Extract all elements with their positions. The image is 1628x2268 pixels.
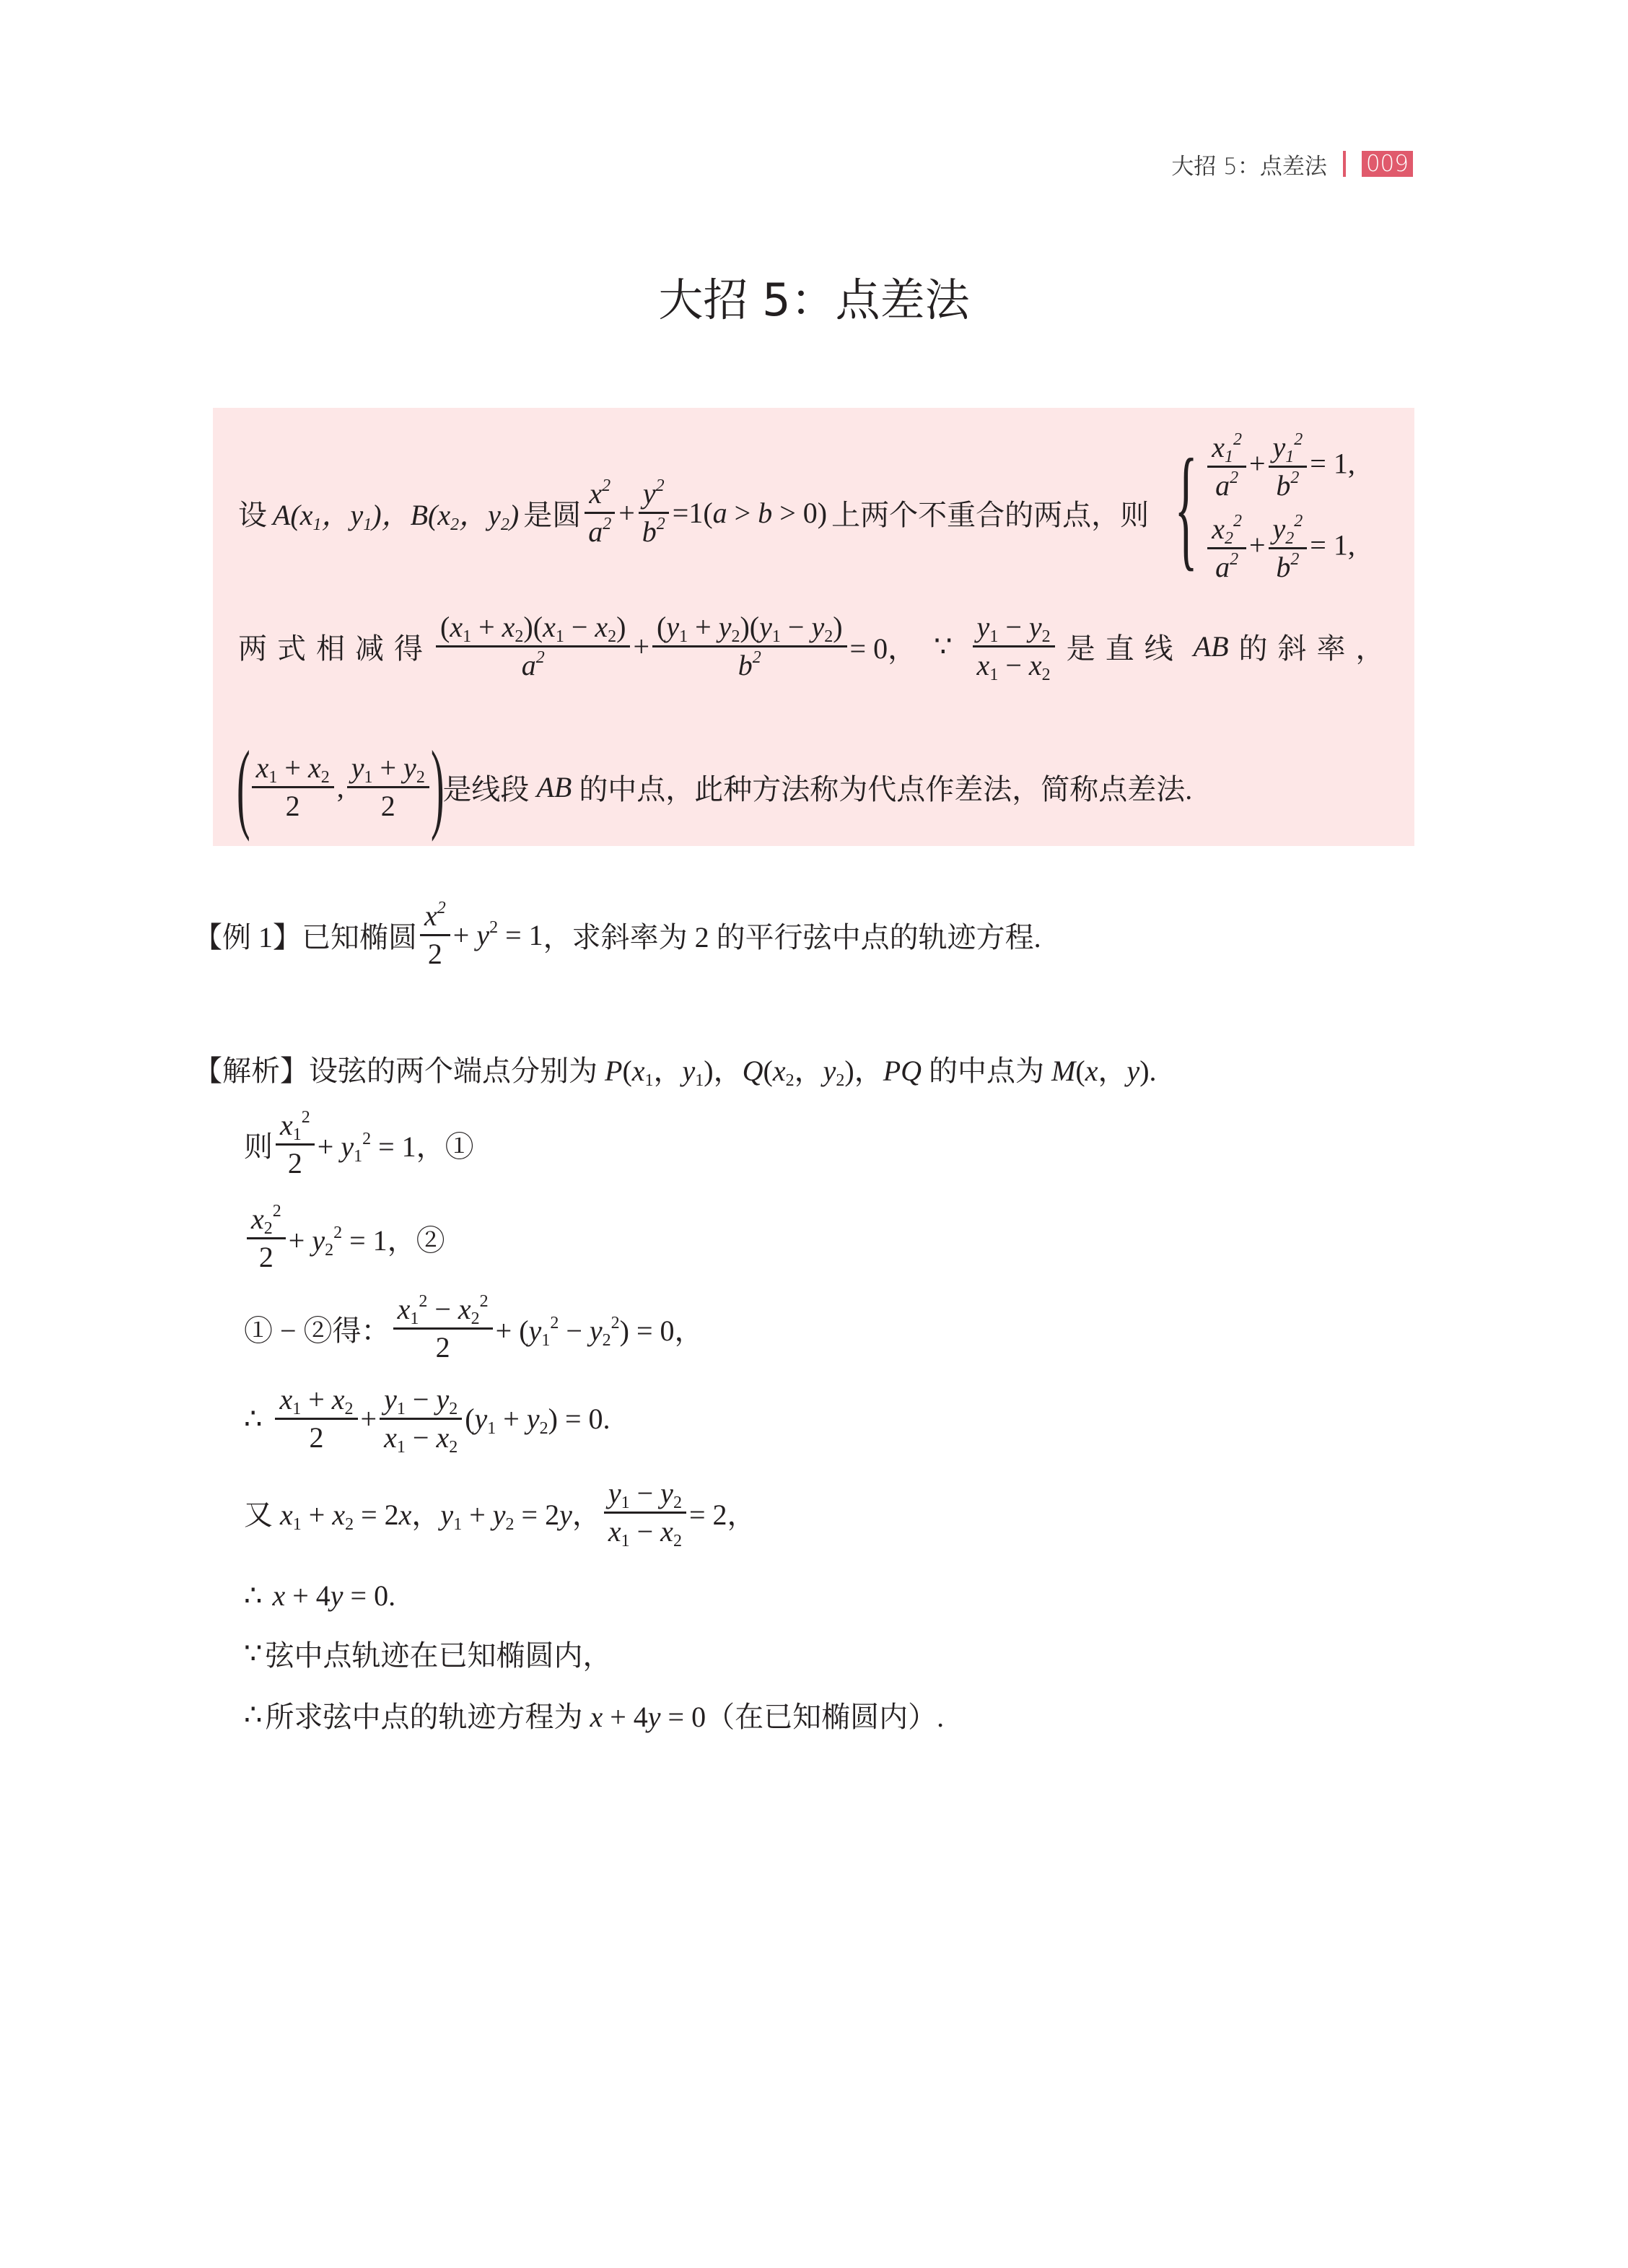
system-equation-2: x22a2+y22b2= 1,	[1204, 514, 1355, 583]
text: 已知椭圆	[302, 915, 417, 956]
text: 则	[244, 1124, 273, 1165]
system-equation-1: x12a2+y12b2= 1,	[1204, 432, 1355, 501]
solution-label: 【解析】	[193, 1048, 309, 1089]
page-title: 大招 5：点差法	[0, 264, 1628, 328]
fraction: (x1 + x2)(x1 − x2)a2	[436, 612, 630, 681]
text: 的中点，此种方法称为代点作差法，简称点差法.	[579, 767, 1192, 808]
solution-step-8: ∴ 所求弦中点的轨迹方程为 x + 4y = 0（在已知椭圆内）.	[244, 1693, 944, 1736]
equation: + y2 = 1	[453, 918, 543, 952]
segment-label: AB	[1194, 629, 1229, 663]
solution-step-2: x222 + y22 = 1，②	[244, 1198, 445, 1278]
solution-step-5: 又 x1 + x2 = 2x，y1 + y2 = 2y， y1 − y2x1 −…	[244, 1473, 756, 1552]
solution-step-7: ∵ 弦中点轨迹在已知椭圆内，	[244, 1631, 611, 1675]
running-header: 大招 5：点差法 009	[1171, 148, 1413, 180]
example-label: 【例 1】	[193, 915, 302, 956]
text: ，求斜率为 2 的平行弦中点的轨迹方程.	[543, 915, 1041, 956]
fraction: x1 + x22	[252, 753, 334, 821]
definition-line-2: 两式相减得 (x1 + x2)(x1 − x2)a2 + (y1 + y2)(y…	[238, 606, 1395, 686]
solution-step-4: ∴ x1 + x22 + y1 − y2x1 − x2 (y1 + y2) = …	[244, 1379, 610, 1458]
solution-step-3: ① − ②得： x12 − x222 + (y12 − y22) = 0，	[244, 1288, 704, 1368]
because-symbol: ∵	[934, 629, 952, 663]
solution-step-6: ∴ x + 4y = 0.	[244, 1574, 395, 1617]
therefore-symbol: ∴	[244, 1698, 262, 1732]
text: 两式相减得	[238, 626, 433, 667]
fraction: x2a2	[584, 479, 616, 547]
left-paren: (	[237, 736, 250, 837]
solution-intro: 【解析】 设弦的两个端点分别为 P(x1，y1)，Q(x2，y2)，PQ 的中点…	[193, 1047, 1157, 1090]
text: 所求弦中点的轨迹方程为 x + 4y = 0（在已知椭圆内）.	[265, 1694, 944, 1735]
header-divider	[1343, 151, 1346, 177]
text: 又	[244, 1492, 273, 1533]
because-symbol: ∵	[244, 1636, 262, 1670]
segment-label: AB	[536, 770, 572, 804]
equation-system: { x12a2+y12b2= 1, x22a2+y22b2= 1,	[1168, 421, 1355, 594]
solution-step-1: 则 x122 + y12 = 1，①	[244, 1104, 474, 1184]
therefore-symbol: ∴	[244, 1402, 262, 1436]
example-1: 【例 1】 已知椭圆 x22 + y2 = 1 ，求斜率为 2 的平行弦中点的轨…	[193, 895, 1041, 974]
text: 设弦的两个端点分别为 P(x1，y1)，Q(x2，y2)，PQ 的中点为 M(x…	[309, 1048, 1157, 1089]
text: 弦中点轨迹在已知椭圆内，	[265, 1633, 611, 1674]
equation-rest: =1(a > b > 0)	[673, 496, 827, 530]
text: 是线段	[442, 767, 529, 808]
slope-fraction: y1 − y2x1 − x2	[973, 612, 1055, 681]
fraction: (y1 + y2)(y1 − y2)b2	[652, 612, 846, 681]
text: 是圆	[523, 492, 581, 533]
definition-line-3: ( x1 + x22 , y1 + y22 ) 是线段 AB 的中点，此种方法称…	[238, 743, 1192, 830]
fraction: x22	[420, 901, 450, 969]
definition-line-1: 设 A(x1，y1)， B(x2，y2) 是圆 x2a2 + y2b2 =1(a…	[238, 469, 1149, 556]
running-title: 大招 5：点差法	[1171, 148, 1327, 180]
right-paren: )	[431, 736, 445, 837]
fraction: y2b2	[638, 479, 670, 547]
text: 设	[238, 492, 267, 533]
therefore-symbol: ∴	[244, 1579, 262, 1613]
text: 是直线	[1067, 626, 1183, 667]
point-b: B(x2，y2)	[411, 492, 520, 533]
text: 的斜率，	[1239, 626, 1395, 667]
text: ① − ②得：	[244, 1308, 390, 1349]
page-number-badge: 009	[1362, 151, 1413, 177]
fraction: y1 + y22	[347, 753, 429, 821]
left-brace-icon: {	[1175, 439, 1198, 576]
text: 上两个不重合的两点，则	[831, 492, 1149, 533]
point-a: A(x1，y1)，	[273, 492, 411, 533]
